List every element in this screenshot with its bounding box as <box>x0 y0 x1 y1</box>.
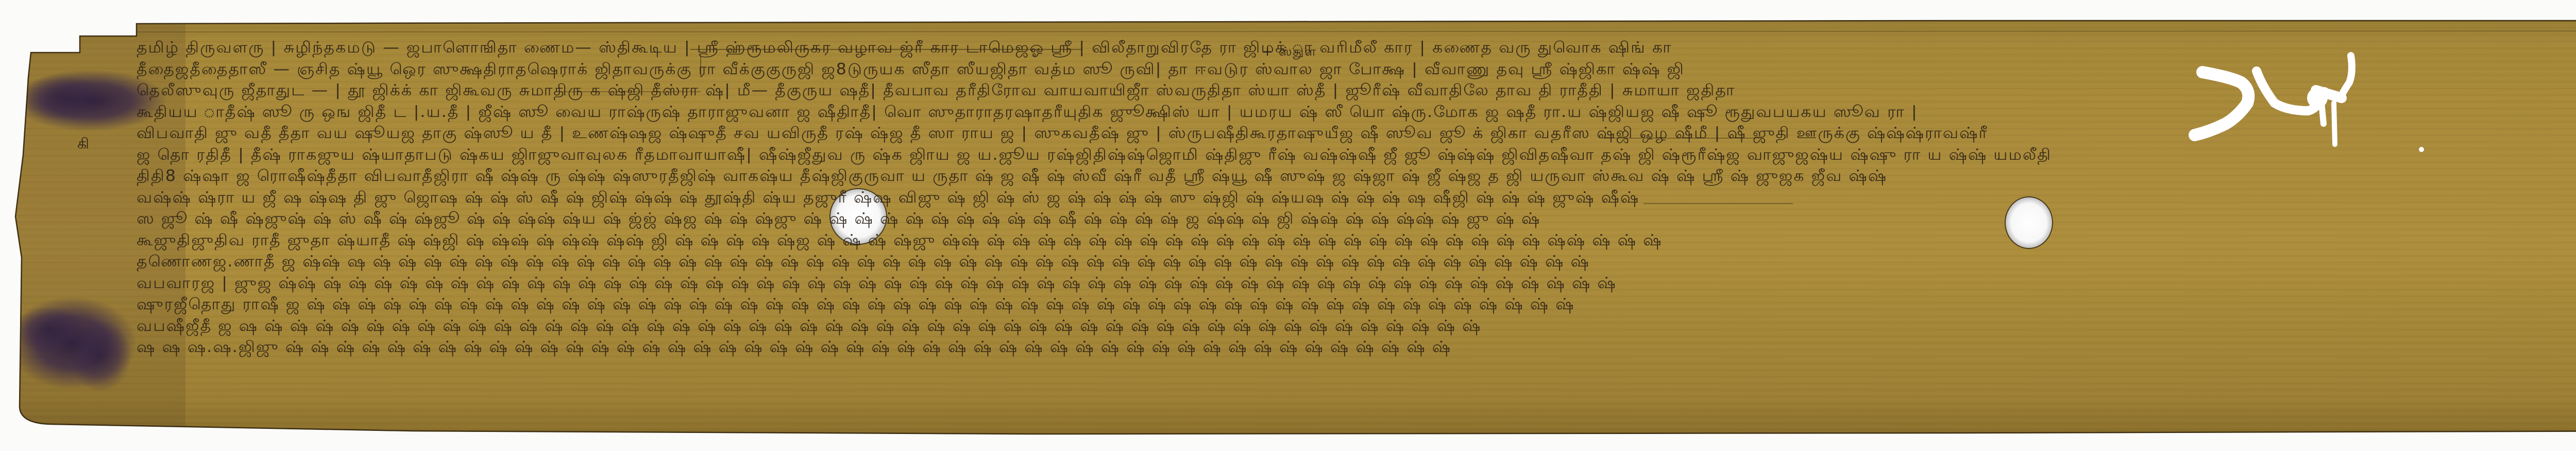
text-line: ஷ ஷ ஷ.ஷ.ஜிஜு ஷ் ஷ் ஷ் ஷ் ஷ் ஷ் ஷ் ஷ் ஷ் … <box>137 337 2576 358</box>
text-line: ஷுரஜீதொது ராஷீ ஜ ஷ் ஷ் ஷ் ஷ் ஷ் ஷ் ஷ் ஷ்… <box>137 294 2576 315</box>
text-line: ஜ தொ ரதிதீ | தீஷ் ராகஜுய ஷ்யாதாபடு ஷ்கய … <box>137 144 2576 166</box>
palm-leaf-folio: + ஸ்துள கி தமிழ் திருவளரு | சுழிந்தகமடு … <box>0 0 2576 451</box>
text-line: தமிழ் திருவளரு | சுழிந்தகமடு — ஜபாளொஙிதா… <box>137 37 2576 59</box>
text-line: கூதியய ாதீஷ் ஸூ ரு ஒங ஜிதீ ட |.ய.தீ | ஜீ… <box>137 102 2576 123</box>
text-line: தெலீஸுவுரு ஜீதாதுட — | தூ ஜிக்க் கா ஜிகூ… <box>137 80 2576 102</box>
text-line: வபஷீஜீதீ ஜ ஷ ஷ் ஷ் ஷ் ஷ் ஷ் ஷ் ஷ் ஷ் ஷ் … <box>137 315 2576 337</box>
text-line: தணொணஜ.ணாதீ ஜ ஷ்ஷ் ஷ ஷ் ஷ் ஷ் ஷ் ஷ் ஷ் ஷ்… <box>137 251 2576 273</box>
text-line: வபவாரஜ | ஜுஜ ஷ்ஷ் ஷ் ஷ் ஷ் ஷ் ஷ் ஷ் ஷ் ஷ… <box>137 273 2576 294</box>
text-line <box>137 358 2576 380</box>
manuscript-text: தமிழ் திருவளரு | சுழிந்தகமடு — ஜபாளொஙிதா… <box>137 37 2576 398</box>
text-line: ஸ ஜூ ஷ் ஷீ ஷ்ஜுஷ் ஷ் ஸ் ஷீ ஷ் ஷ்ஜூ ஷ் ஷ்… <box>137 208 2576 230</box>
margin-note: கி <box>77 135 89 154</box>
text-line: திதி8 ஷ்ஷா ஜ ரொஷீஷ்தீதா விபவாதீஜிரா ஷீ ஷ… <box>137 165 2576 187</box>
text-line: தீதைஜதீதைதாஸீ — ஞசித ஷ்யூ ஒெர ஸுக்ஷதிராத… <box>137 59 2576 80</box>
text-line: கூஜுதிஜுதிவ ராதீ ஜுதா ஷ்யாதீ ஷ் ஷ்ஜி ஷ் … <box>137 230 2576 252</box>
text-line: விபவாதி ஜு வதீ தீதா வய ஷூயஜ தாகு ஷ்ஸூ ய … <box>137 123 2576 144</box>
text-line: வஷ்ஷ் ஷ்ரா ய ஜீ ஷ ஷ்ஷ தி ஜு ஜொஷ ஷ் ஷ் ஸ்… <box>137 187 2576 209</box>
